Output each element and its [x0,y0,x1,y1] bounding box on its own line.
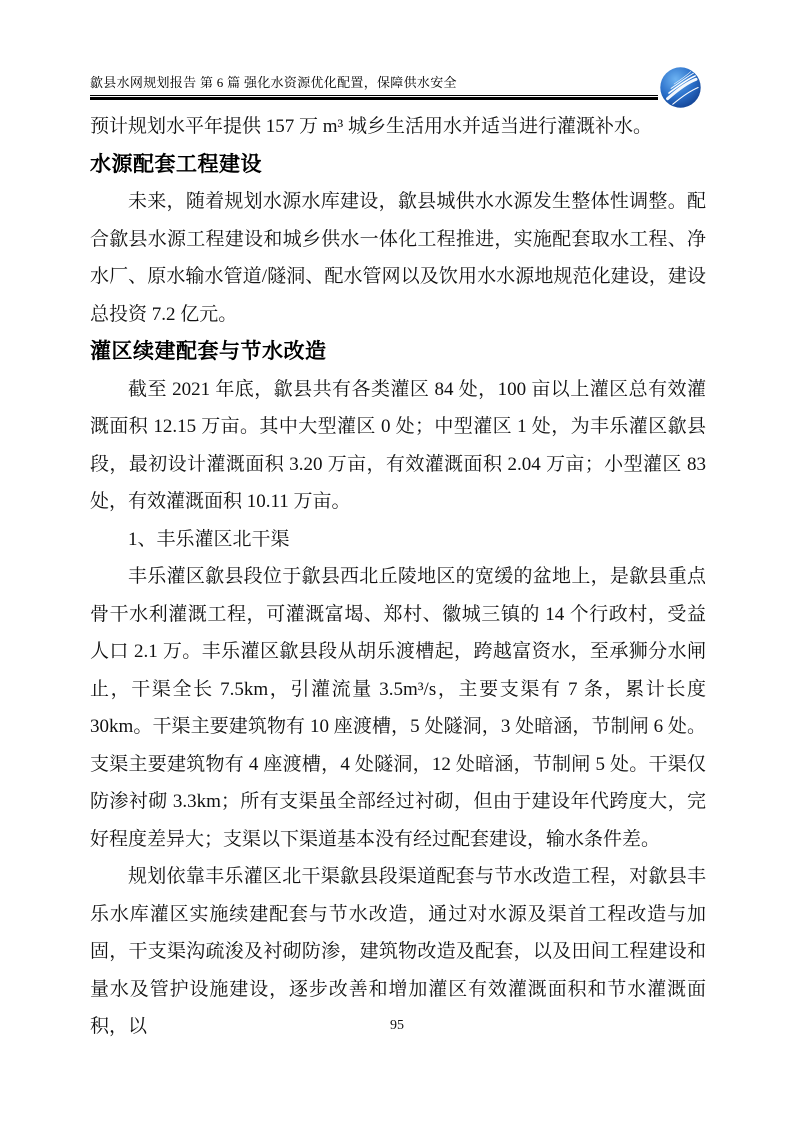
heading-water-source-supporting-projects: 水源配套工程建设 [90,146,706,184]
page-header: 歙县水网规划报告 第 6 篇 强化水资源优化配置，保障供水安全 [90,72,658,100]
document-body: 预计规划水平年提供 157 万 m³ 城乡生活用水并适当进行灌溉补水。 水源配套… [90,108,706,1046]
water-network-logo-icon [659,66,702,109]
header-rule: 歙县水网规划报告 第 6 篇 强化水资源优化配置，保障供水安全 [90,72,658,96]
document-page: 歙县水网规划报告 第 6 篇 强化水资源优化配置，保障供水安全 预计规划水平年提… [0,0,794,1122]
paragraph-water-supply-continuation: 预计规划水平年提供 157 万 m³ 城乡生活用水并适当进行灌溉补水。 [90,108,706,146]
page-number: 95 [390,1018,404,1033]
page-footer: 95 [0,1016,794,1034]
paragraph-fengle-canal-description: 丰乐灌区歙县段位于歙县西北丘陵地区的宽缓的盆地上，是歙县重点骨干水利灌溉工程，可… [90,558,706,858]
paragraph-water-source-projects: 未来，随着规划水源水库建设，歙县城供水水源发生整体性调整。配合歙县水源工程建设和… [90,183,706,333]
subheading-fengle-north-main-canal: 1、丰乐灌区北干渠 [90,521,706,559]
heading-irrigation-district-upgrade: 灌区续建配套与节水改造 [90,333,706,371]
header-title: 歙县水网规划报告 第 6 篇 强化水资源优化配置，保障供水安全 [90,75,457,90]
paragraph-irrigation-district-stats: 截至 2021 年底，歙县共有各类灌区 84 处，100 亩以上灌区总有效灌溉面… [90,371,706,521]
